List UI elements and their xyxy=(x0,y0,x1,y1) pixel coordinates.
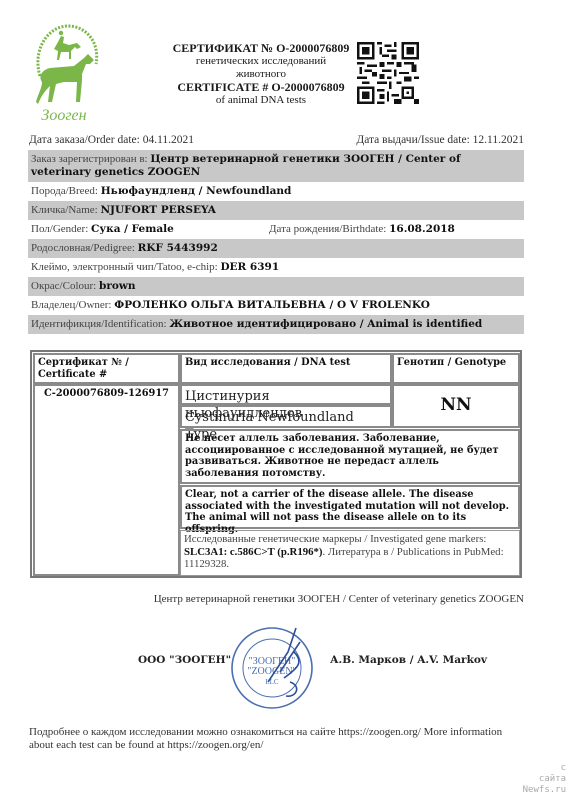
certificate-subtitle-en: of animal DNA tests xyxy=(168,94,354,107)
results-table: Сертификат № / Certificate # Вид исследо… xyxy=(30,350,522,578)
registered-row: Заказ зарегистрирован в: Центр ветеринар… xyxy=(28,150,524,182)
test-name-ru: Цистинурия ньюфаундлендов xyxy=(180,384,392,405)
header-test: Вид исследования / DNA test xyxy=(180,353,392,384)
birthdate: Дата рождения/Birthdate: 16.08.2018 xyxy=(269,223,455,236)
colour-row: Окрас/Colour: brown xyxy=(28,277,524,296)
chip-row: Клеймо, электронный чип/Tatoo, e-chip: D… xyxy=(28,258,524,277)
result-ru: Не несет аллель заболевания. Заболевание… xyxy=(180,429,520,484)
genotype-cell: NN xyxy=(392,384,520,428)
test-name-en: Cystinuria Newfoundland Type xyxy=(180,405,392,428)
svg-text:Зooген: Зooген xyxy=(41,107,86,124)
qr-code-icon[interactable] xyxy=(357,40,419,106)
stamp-icon: "ЗООГЕН" "ZOOGEN" LLC xyxy=(228,622,318,712)
identification-row: Идентификция/Identification: Животное ид… xyxy=(28,315,524,334)
certificate-subtitle-ru-1: генетических исследований xyxy=(168,55,354,68)
animal-info: Заказ зарегистрирован в: Центр ветеринар… xyxy=(28,150,524,334)
markers-cell: Исследованные генетические маркеры / Inv… xyxy=(180,530,520,576)
certificate-title-ru: СЕРТИФИКАТ № O-2000076809 xyxy=(168,42,354,55)
center-name-line: Центр ветеринарной генетики ЗООГЕН / Cen… xyxy=(116,593,524,605)
genotype-value: NN xyxy=(440,400,471,412)
breed-row: Порода/Breed: Ньюфаундленд / Newfoundlan… xyxy=(28,182,524,201)
owner-row: Владелец/Owner: ФРОЛЕНКО ОЛЬГА ВИТАЛЬЕВН… xyxy=(28,296,524,315)
header-genotype: Генотип / Genotype xyxy=(392,353,520,384)
watermark: с сайта Newfs.ru xyxy=(523,763,566,796)
result-en: Clear, not a carrier of the disease alle… xyxy=(180,485,520,529)
company-name: ООО "ЗООГЕН" xyxy=(138,654,231,666)
svg-text:LLC: LLC xyxy=(265,678,279,686)
footer-note: Подробнее о каждом исследовании можно оз… xyxy=(29,726,509,752)
dates-row: Дата заказа/Order date: 04.11.2021 Дата … xyxy=(29,134,524,146)
header-certificate: Сертификат № / Certificate # xyxy=(33,353,180,384)
name-row: Кличка/Name: NJUFORT PERSEYA xyxy=(28,201,524,220)
zoogen-logo: Зooген xyxy=(28,20,104,124)
certificate-header: СЕРТИФИКАТ № O-2000076809 генетических и… xyxy=(168,42,354,107)
director-name: А.В. Марков / A.V. Markov xyxy=(330,654,487,666)
issue-date: Дата выдачи/Issue date: 12.11.2021 xyxy=(356,134,524,146)
certificate-number-cell: C-2000076809-126917 xyxy=(33,384,180,576)
gender: Пол/Gender: Сука / Female xyxy=(31,223,174,235)
certificate-title-en: CERTIFICATE # O-2000076809 xyxy=(168,81,354,94)
gender-birthdate-row: Пол/Gender: Сука / Female Дата рождения/… xyxy=(28,220,524,239)
pedigree-row: Родословная/Pedigree: RKF 5443992 xyxy=(28,239,524,258)
order-date: Дата заказа/Order date: 04.11.2021 xyxy=(29,134,194,146)
